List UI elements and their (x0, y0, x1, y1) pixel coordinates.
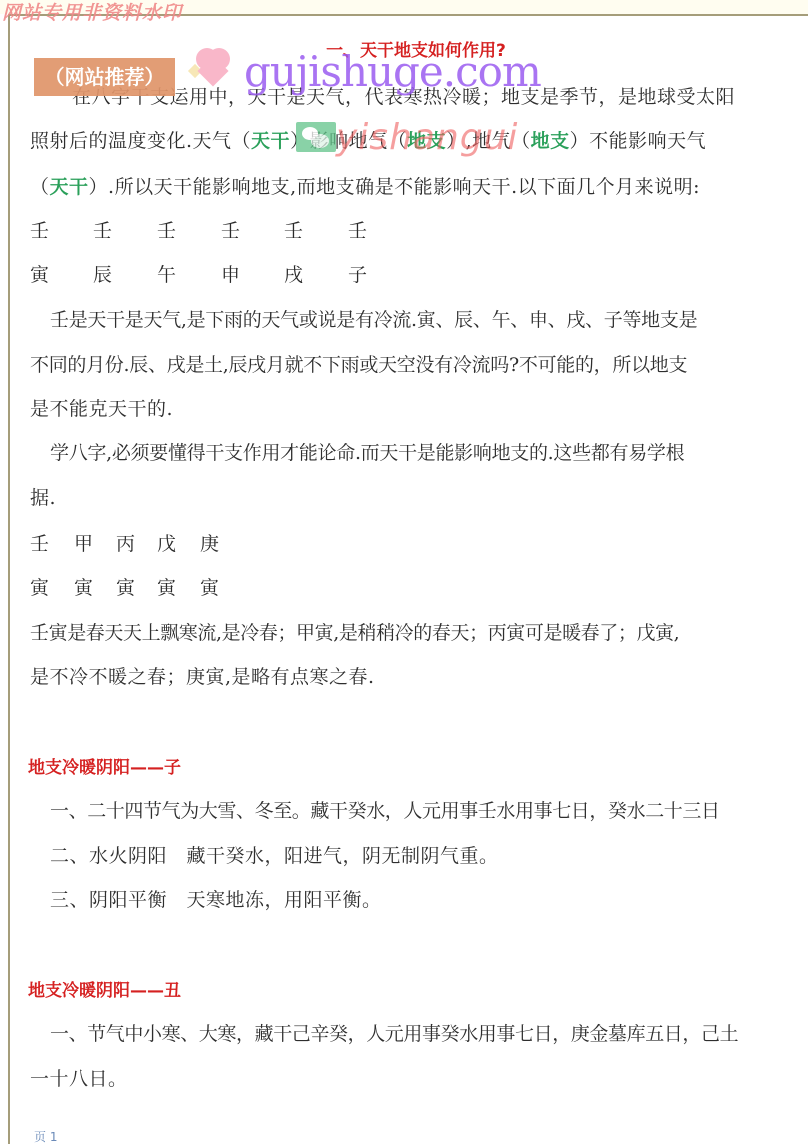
stem: 壬 (348, 216, 367, 243)
stem: 甲 (74, 529, 93, 556)
section-zi-item-2: 二、水火阴阳 藏干癸水，阳进气，阴无制阴气重。 (50, 841, 499, 868)
paragraph-4-line-2: 是不冷不暖之春；庚寅,是略有点寒之春. (30, 662, 375, 689)
wechat-icon (296, 122, 336, 152)
term-tiangan: 天干 (50, 176, 89, 198)
paragraph-2-line-1: 壬是天干是天气,是下雨的天气或说是有冷流.寅、辰、午、申、戌、子等地支是 (50, 305, 697, 332)
section-heading-zi: 地支冷暖阴阳——子 (28, 753, 181, 778)
stem: 丙 (116, 529, 135, 556)
stem: 壬 (30, 216, 49, 243)
paragraph-3-line-1: 学八字,必须要懂得干支作用才能论命.而天干是能影响地支的.这些都有易学根 (50, 438, 684, 465)
stem: 壬 (30, 529, 49, 556)
term-dizhi: 地支 (531, 130, 570, 152)
branch: 寅 (30, 260, 49, 287)
text: （ (30, 176, 50, 198)
stem: 壬 (157, 216, 176, 243)
text: 照射后的温度变化.天气（ (30, 130, 251, 152)
paragraph-1-line-3: （天干）.所以天干能影响地支,而地支确是不能影响天干.以下面几个月来说明: (30, 172, 700, 199)
stem: 壬 (221, 216, 240, 243)
text: ）不能影响天气 (570, 130, 707, 152)
section-heading-chou: 地支冷暖阴阳——丑 (28, 976, 181, 1001)
paragraph-3-line-2: 据. (30, 483, 56, 510)
page-number: 页 1 (34, 1128, 57, 1144)
watermark-site: gujishuge.com (244, 48, 541, 96)
section-zi-item-1: 一、二十四节气为大雪、冬至。藏干癸水，人元用事壬水用事七日，癸水二十三日 (50, 796, 720, 823)
hearts-icon (188, 44, 236, 84)
stem: 壬 (284, 216, 303, 243)
branch: 寅 (157, 573, 176, 600)
text: ）.所以天干能影响地支,而地支确是不能影响天干.以下面几个月来说明: (89, 176, 701, 198)
branch: 午 (157, 260, 176, 287)
branch: 戌 (284, 260, 303, 287)
section-chou-line-1: 一、节气中小寒、大寒，藏干己辛癸，人元用事癸水用事七日，庚金墓库五日，己土 (50, 1019, 738, 1046)
term-tiangan: 天干 (251, 130, 290, 152)
section-zi-item-3: 三、阴阳平衡 天寒地冻，用阳平衡。 (50, 885, 382, 912)
branch: 寅 (30, 573, 49, 600)
branch: 寅 (200, 573, 219, 600)
paragraph-4-line-1: 壬寅是春天天上飘寒流,是冷春；甲寅,是稍稍冷的春天；丙寅可是暖春了；戊寅, (30, 618, 679, 645)
branch: 申 (221, 260, 240, 287)
branch: 辰 (93, 260, 112, 287)
branch: 寅 (116, 573, 135, 600)
watermark-overlay: yishangui (336, 118, 518, 158)
watermark-badge: （网站推荐） (34, 58, 175, 96)
stem: 壬 (93, 216, 112, 243)
watermark-top: 网站专用非资料水印 (2, 0, 182, 25)
section-chou-line-2: 一十八日。 (30, 1064, 128, 1091)
branch: 子 (348, 260, 367, 287)
paragraph-2-line-3: 是不能克天干的. (30, 394, 173, 421)
paragraph-2-line-2: 不同的月份.辰、戌是土,辰戌月就不下雨或天空没有冷流吗?不可能的，所以地支 (30, 350, 687, 377)
stem: 戊 (157, 529, 176, 556)
branch: 寅 (74, 573, 93, 600)
stem: 庚 (200, 529, 219, 556)
